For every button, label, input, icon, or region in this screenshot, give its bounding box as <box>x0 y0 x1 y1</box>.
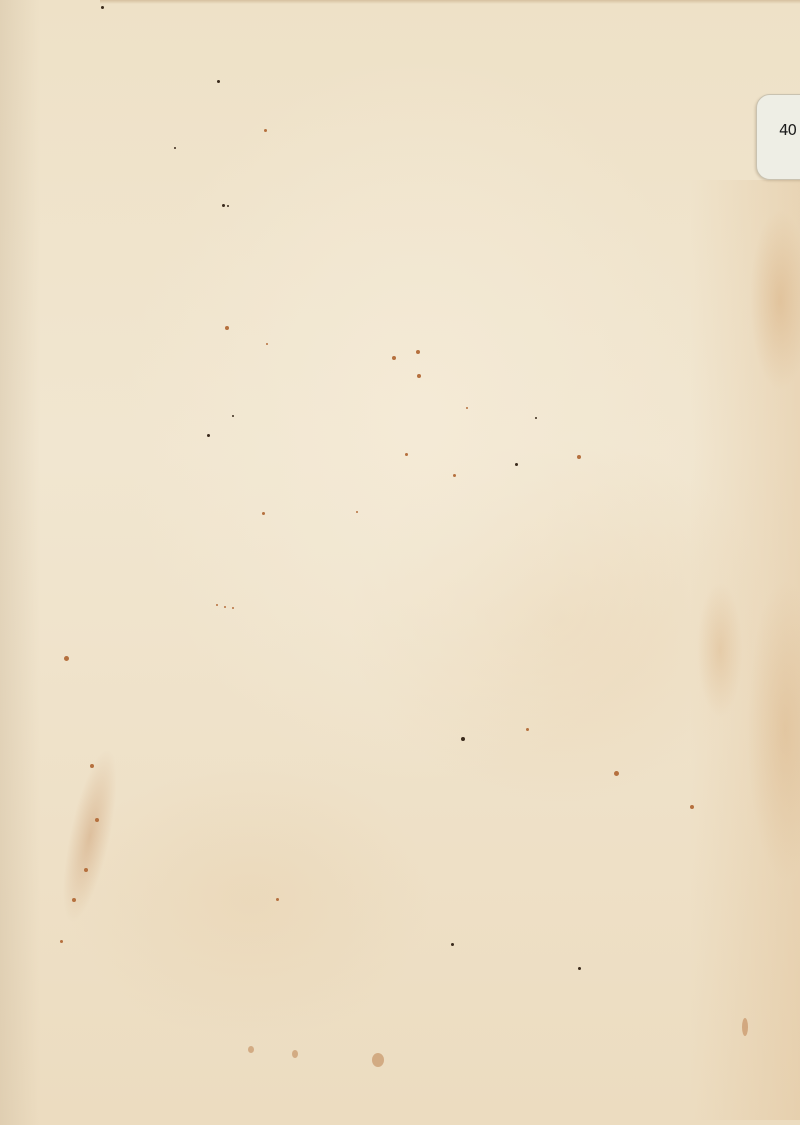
foxing-stain-left <box>27 715 143 955</box>
top-edge-border <box>100 0 800 4</box>
left-edge-shadow <box>0 0 40 1125</box>
page-number-label-tab: 40 <box>756 94 800 180</box>
water-stain-right <box>690 180 800 1120</box>
paper-page: 40 <box>0 0 800 1125</box>
label-tab-text: 40 <box>779 121 796 139</box>
